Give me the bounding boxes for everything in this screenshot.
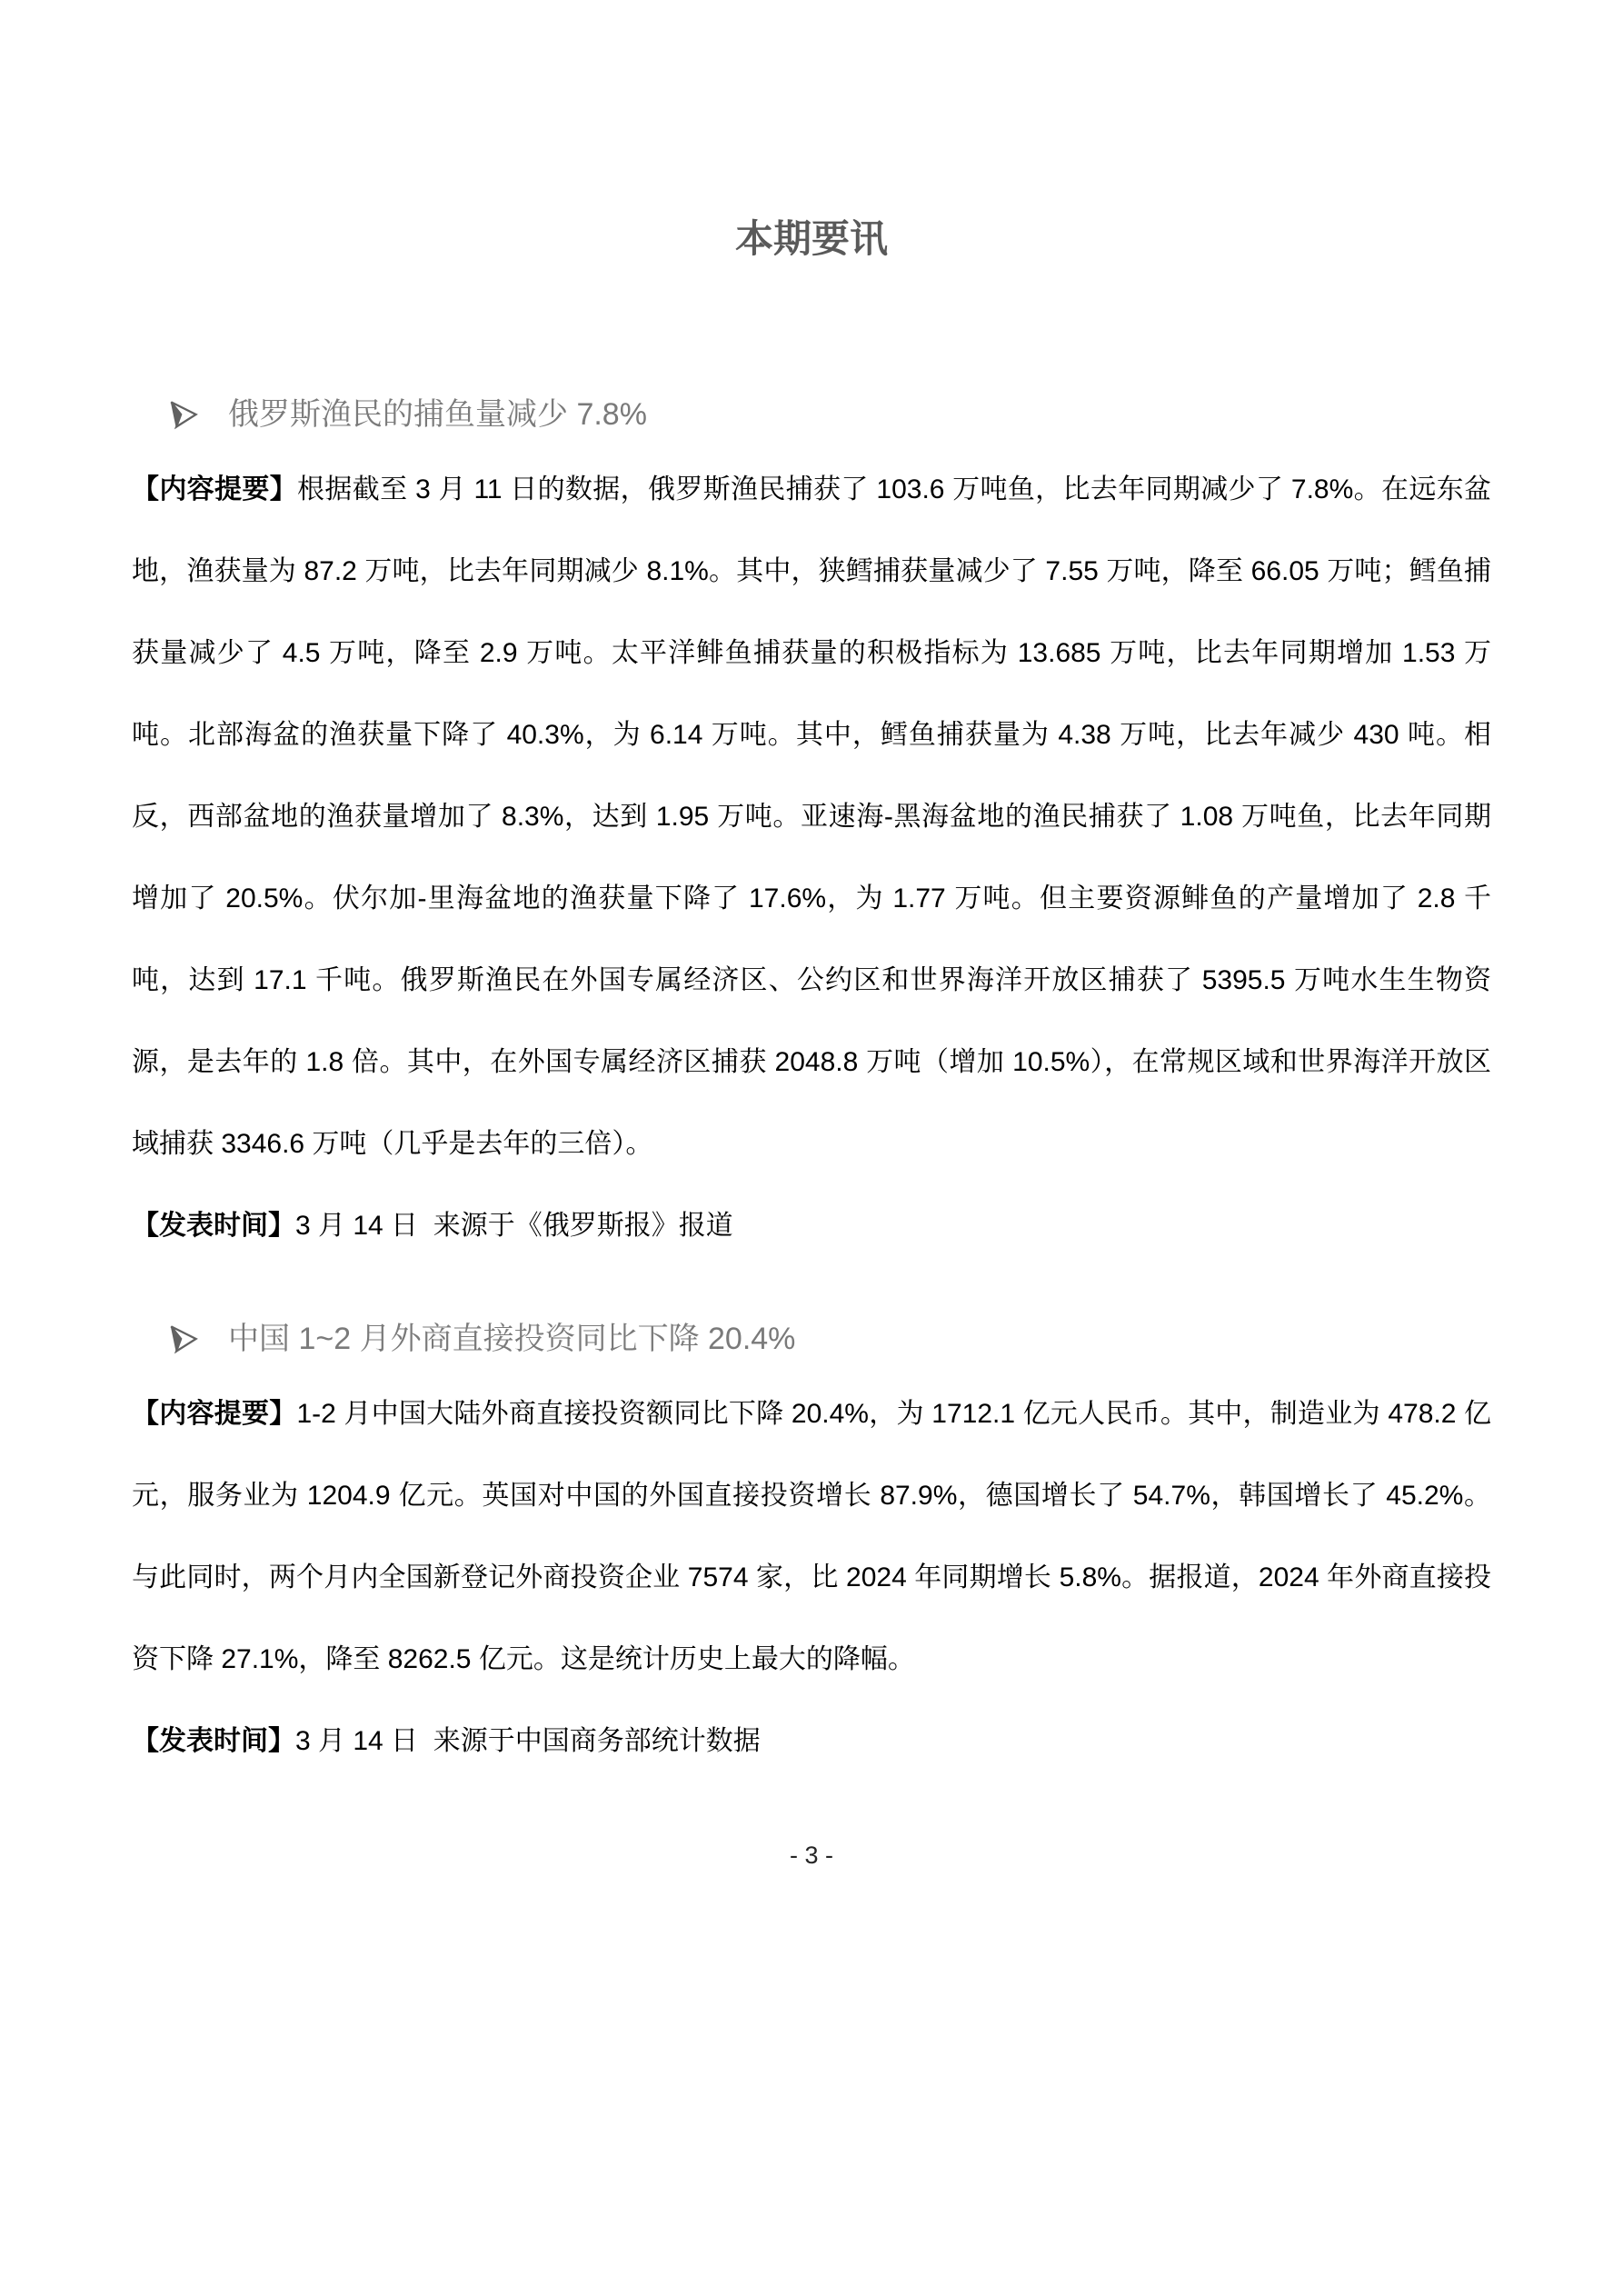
section-summary: 【内容提要】1-2 月中国大陆外商直接投资额同比下降 20.4%，为 1712.… <box>132 1373 1491 1701</box>
publish-line: 【发表时间】3 月 14 日 来源于《俄罗斯报》报道 <box>132 1185 1491 1267</box>
publish-line: 【发表时间】3 月 14 日 来源于中国商务部统计数据 <box>132 1701 1491 1782</box>
section-heading-text: 俄罗斯渔民的捕鱼量减少 7.8% <box>228 393 647 436</box>
section-summary: 【内容提要】根据截至 3 月 11 日的数据，俄罗斯渔民捕获了 103.6 万吨… <box>132 449 1491 1185</box>
summary-text: 1-2 月中国大陆外商直接投资额同比下降 20.4%，为 1712.1 亿元人民… <box>132 1399 1491 1674</box>
section-heading: 俄罗斯渔民的捕鱼量减少 7.8% <box>132 393 1491 436</box>
section-heading: 中国 1~2 月外商直接投资同比下降 20.4% <box>132 1317 1491 1361</box>
section-china-fdi: 中国 1~2 月外商直接投资同比下降 20.4% 【内容提要】1-2 月中国大陆… <box>132 1317 1491 1782</box>
publish-text: 3 月 14 日 来源于《俄罗斯报》报道 <box>295 1211 733 1241</box>
arrow-bullet-icon <box>168 1323 199 1354</box>
page-title: 本期要讯 <box>132 211 1491 267</box>
page-number: - 3 - <box>132 1839 1491 1872</box>
arrow-bullet-icon <box>168 399 199 430</box>
section-russia-fishing: 俄罗斯渔民的捕鱼量减少 7.8% 【内容提要】根据截至 3 月 11 日的数据，… <box>132 393 1491 1267</box>
publish-label: 【发表时间】 <box>132 1211 295 1241</box>
summary-label: 【内容提要】 <box>132 474 297 504</box>
section-heading-text: 中国 1~2 月外商直接投资同比下降 20.4% <box>228 1317 795 1361</box>
publish-text: 3 月 14 日 来源于中国商务部统计数据 <box>295 1726 761 1756</box>
summary-label: 【内容提要】 <box>132 1399 296 1429</box>
publish-label: 【发表时间】 <box>132 1726 295 1756</box>
document-page: 本期要讯 俄罗斯渔民的捕鱼量减少 7.8% 【内容提要】根据截至 3 月 11 … <box>0 0 1623 2296</box>
summary-text: 根据截至 3 月 11 日的数据，俄罗斯渔民捕获了 103.6 万吨鱼，比去年同… <box>132 474 1491 1159</box>
